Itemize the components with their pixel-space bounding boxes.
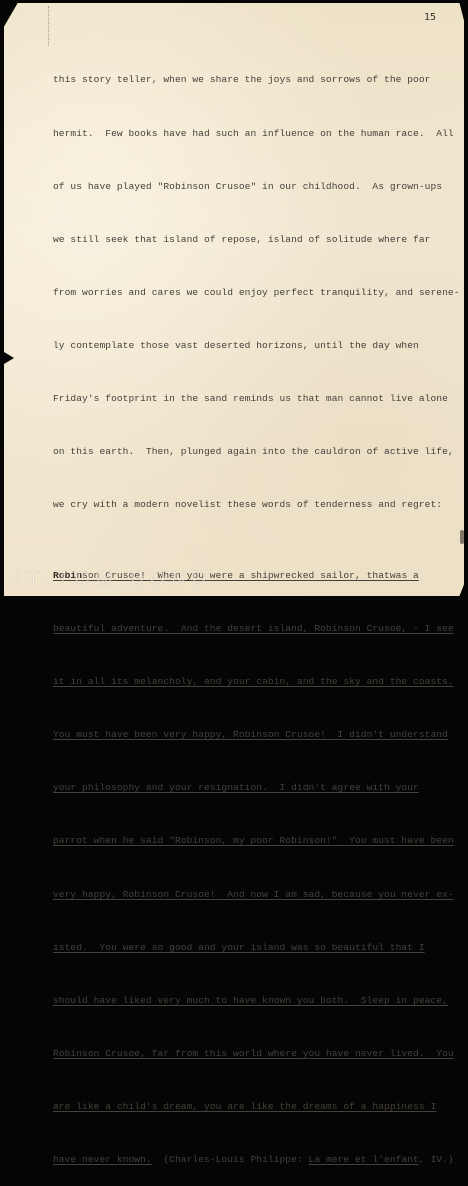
text-line: ly contemplate those vast deserted horiz… [53, 337, 453, 355]
typed-text-body: this story teller, when we share the joy… [53, 36, 453, 600]
text-line: this story teller, when we share the joy… [53, 71, 453, 89]
text-line: we still seek that island of repose, isl… [53, 231, 453, 249]
text-line: hermit. Few books have had such an influ… [53, 125, 453, 143]
text-line: of us have played "Robinson Crusoe" in o… [53, 178, 453, 196]
text-line: from worries and cares we could enjoy pe… [53, 284, 453, 302]
page-edge-mark [460, 530, 464, 544]
text-line: on this earth. Then, plunged again into … [53, 443, 453, 461]
text-line: Friday's footprint in the sand reminds u… [53, 390, 453, 408]
watermark: IT TOM BOND [16, 568, 212, 591]
page-edge-tear [4, 352, 14, 364]
text-line: we cry with a modern novelist these word… [53, 496, 453, 514]
page-number: 15 [424, 12, 436, 23]
